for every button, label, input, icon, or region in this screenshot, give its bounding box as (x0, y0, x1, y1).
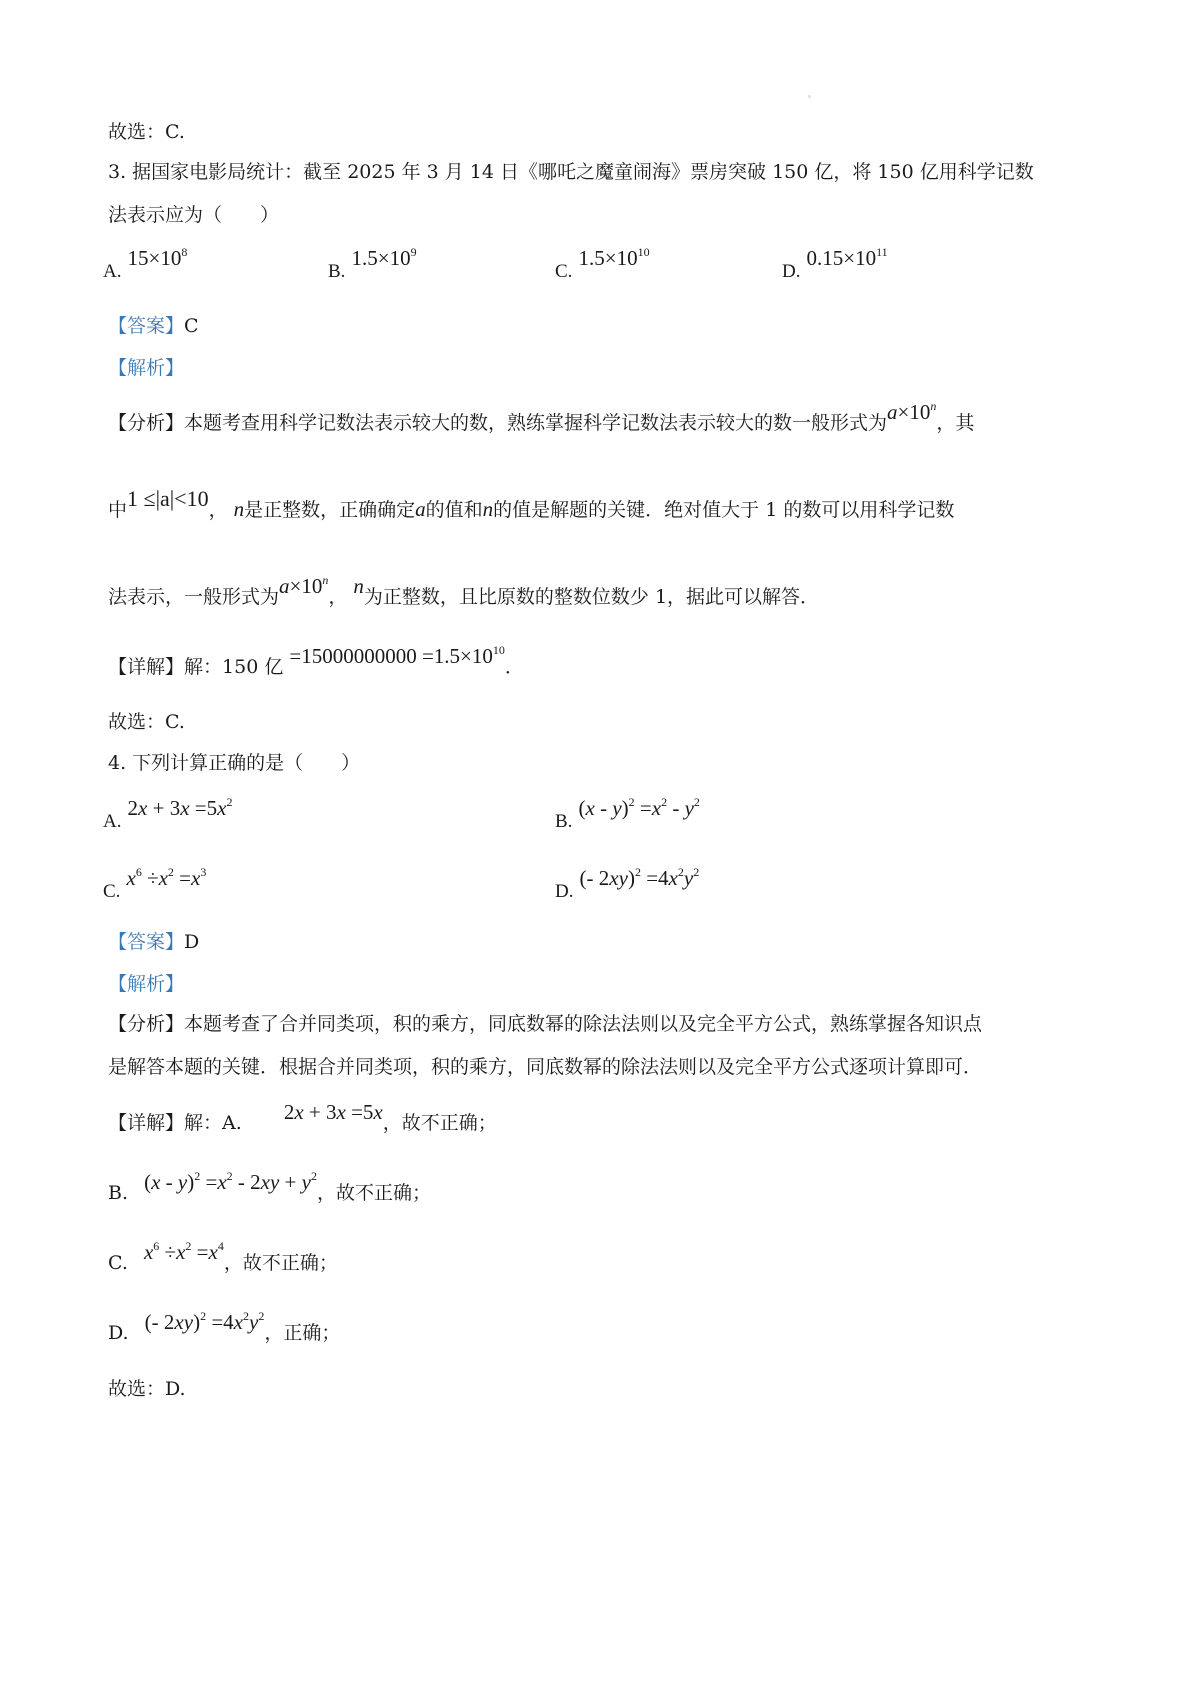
q3-answer: 【答案】C (108, 314, 199, 338)
q3-option-c: C. 1.5×1010 (555, 246, 650, 272)
math-expression: x6 ÷x2 =x3 (126, 866, 206, 890)
prev-conclusion: 故选：C. (108, 120, 185, 144)
q4-xiangjie-d: D. (- 2xy)2 =4x2y2，正确； (108, 1320, 340, 1345)
q4-fenxi-line1: 【分析】本题考查了合并同类项，积的乘方，同底数幂的除法法则以及完全平方公式，熟练… (108, 1012, 982, 1036)
q3-fenxi-line2: 中1 ≤|a|<10， n是正整数，正确确定a的值和n的值是解题的关键．绝对值大… (108, 497, 954, 522)
math-expression: 2x + 3x =5x (284, 1100, 383, 1124)
math-expression: 2x + 3x =5x2 (128, 796, 233, 820)
q4-option-c: C. x6 ÷x2 =x3 (103, 866, 206, 892)
verdict-text: ，故不正确； (317, 1182, 431, 1204)
verdict-text: ，故不正确； (224, 1252, 338, 1274)
math-expression: (x - y)2 =x2 - y2 (578, 796, 699, 820)
q4-option-d: D. (- 2xy)2 =4x2y2 (555, 866, 699, 892)
answer-tag: 【答案】 (108, 931, 184, 953)
q3-fenxi-line1: 【分析】本题考查用科学记数法表示较大的数，熟练掌握科学记数法表示较大的数一般形式… (108, 410, 974, 435)
q3-option-b: B. 1.5×109 (328, 246, 417, 272)
q4-option-a: A. 2x + 3x =5x2 (103, 796, 232, 822)
q4-xiangjie-b: B. (x - y)2 =x2 - 2xy + y2，故不正确； (108, 1180, 431, 1205)
q3-option-d: D. 0.15×1011 (782, 246, 888, 272)
analysis-tag: 【解析】 (108, 973, 184, 995)
q3-option-a: A. 15×108 (103, 246, 187, 272)
analysis-tag: 【解析】 (108, 357, 184, 379)
scan-artifact (808, 95, 811, 98)
q4-conclusion: 故选：D. (108, 1377, 186, 1401)
math-expression: (- 2xy)2 =4x2y2 (145, 1310, 265, 1334)
q4-stem: 4. 下列计算正确的是（ ） (108, 751, 360, 775)
math-expression: x6 ÷x2 =x4 (144, 1240, 224, 1264)
q3-analysis-heading: 【解析】 (108, 356, 184, 380)
verdict-text: ，故不正确； (383, 1112, 497, 1134)
math-expression: (x - y)2 =x2 - 2xy + y2 (144, 1170, 317, 1194)
q4-xiangjie-c: C. x6 ÷x2 =x4，故不正确； (108, 1250, 338, 1275)
q4-fenxi-line2: 是解答本题的关键．根据合并同类项，积的乘方，同底数幂的除法法则以及完全平方公式逐… (108, 1055, 982, 1079)
q3-fenxi-line3: 法表示，一般形式为a×10n， n为正整数，且比原数的整数位数少 1，据此可以解… (108, 584, 819, 609)
answer-value: C (184, 315, 199, 337)
math-expression: (- 2xy)2 =4x2y2 (580, 866, 700, 890)
q3-stem-line1: 3. 据国家电影局统计：截至 2025 年 3 月 14 日《哪吒之魔童闹海》票… (108, 160, 1034, 184)
q4-option-b: B. (x - y)2 =x2 - y2 (555, 796, 700, 822)
q3-stem-line2: 法表示应为（ ） (108, 203, 279, 227)
answer-value: D (184, 931, 199, 953)
answer-tag: 【答案】 (108, 315, 184, 337)
verdict-text: ，正确； (264, 1322, 340, 1344)
q3-xiangjie: 【详解】解：150 亿 =15000000000 =1.5×1010． (108, 654, 524, 679)
q3-conclusion: 故选：C. (108, 710, 185, 734)
q4-answer: 【答案】D (108, 930, 199, 954)
q4-xiangjie-a: 【详解】解：A. 2x + 3x =5x，故不正确； (108, 1110, 497, 1135)
q4-analysis-heading: 【解析】 (108, 972, 184, 996)
